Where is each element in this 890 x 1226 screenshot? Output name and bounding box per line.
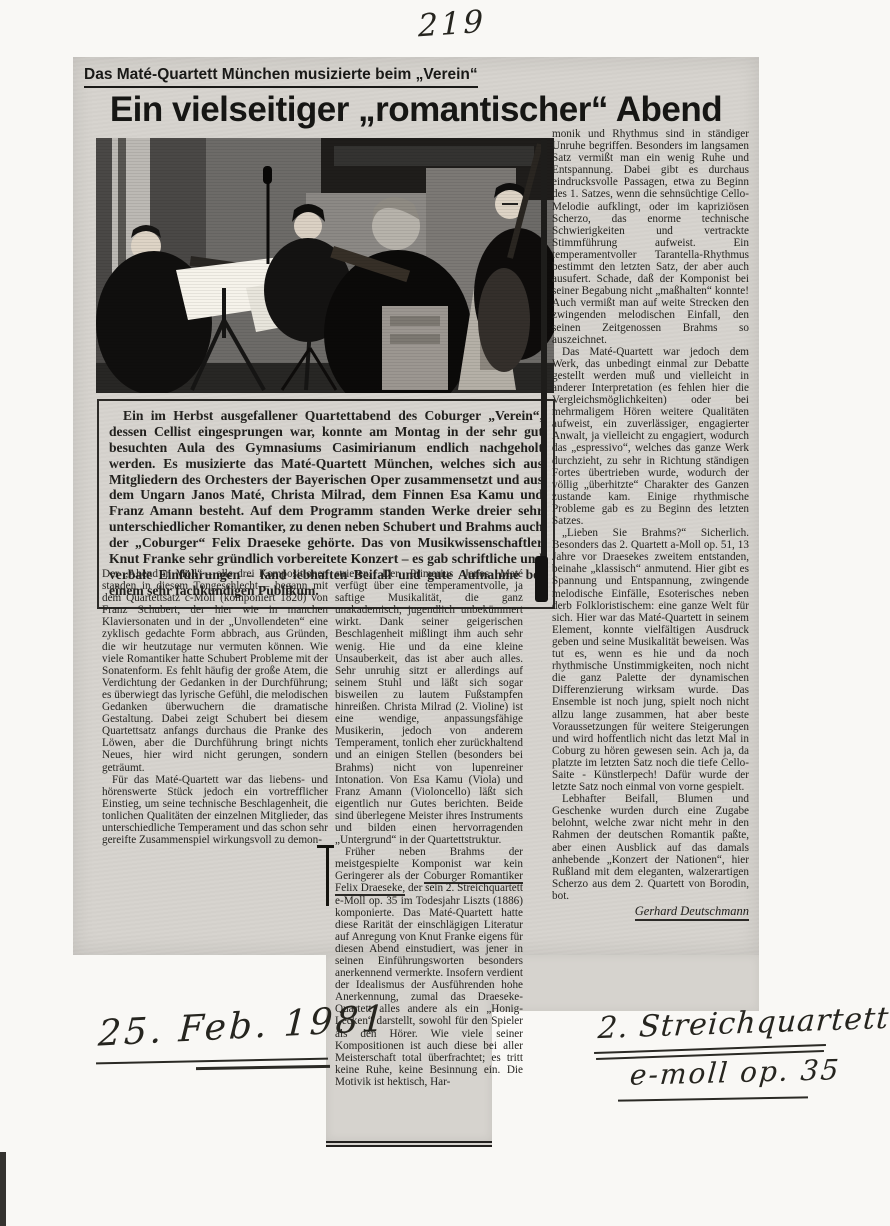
date-underline-2 [196,1065,330,1070]
work-key-underline [618,1096,808,1101]
col1-paragraph-1: Der „Abend in Moll“ – alle drei Komposit… [102,568,328,774]
col2-paragraph-1: strieren. Der Primarius Janos Maté verfü… [335,568,523,846]
quartet-photo [96,138,554,393]
date-underline-1 [96,1058,328,1065]
scan-ink-blotch [535,556,548,602]
clipping-paper-right-column-tab [492,955,759,1011]
scan-corner-shadow [0,1152,6,1226]
col1-paragraph-2: Für das Maté-Quartett war das liebens- u… [102,774,328,847]
col2-paragraph-2: Früher neben Brahms der meistgespielte K… [335,846,523,1088]
pen-margin-mark-vertical [326,846,329,906]
pen-margin-mark-horizontal [317,845,334,848]
article-kicker: Das Maté-Quartett München musizierte bei… [84,66,478,88]
body-column-1: Der „Abend in Moll“ – alle drei Komposit… [102,568,328,846]
byline-name: Gerhard Deutschmann [635,904,749,921]
handwritten-page-number: 219 [418,4,486,45]
quartet-photo-graphic [96,138,554,393]
scanned-newspaper-clipping-page: 219 Das Maté-Quartett München musizierte… [0,0,890,1226]
scan-dark-edge-strip [541,138,547,590]
article-headline: Ein vielseitiger „romantischer“ Abend [84,90,748,130]
col3-paragraph-2: Das Maté-Quartett war jedoch dem Werk, d… [552,346,749,527]
handwritten-work-key-opus: e-moll op. 35 [629,1053,842,1092]
article-byline: Gerhard Deutschmann [552,905,749,919]
photo-panel-board [334,146,534,166]
body-column-3: monik und Rhythmus sind in ständiger Unr… [552,128,749,919]
col3-paragraph-1: monik und Rhythmus sind in ständiger Unr… [552,128,749,346]
col2-p2-text-after: der sein 2. Streichquartett e-Moll op. 3… [335,882,523,1088]
col3-paragraph-3: „Lieben Sie Brahms?“ Sicherlich. Besonde… [552,527,749,793]
col3-paragraph-4: Lebhafter Beifall, Blumen und Geschenke … [552,793,749,902]
